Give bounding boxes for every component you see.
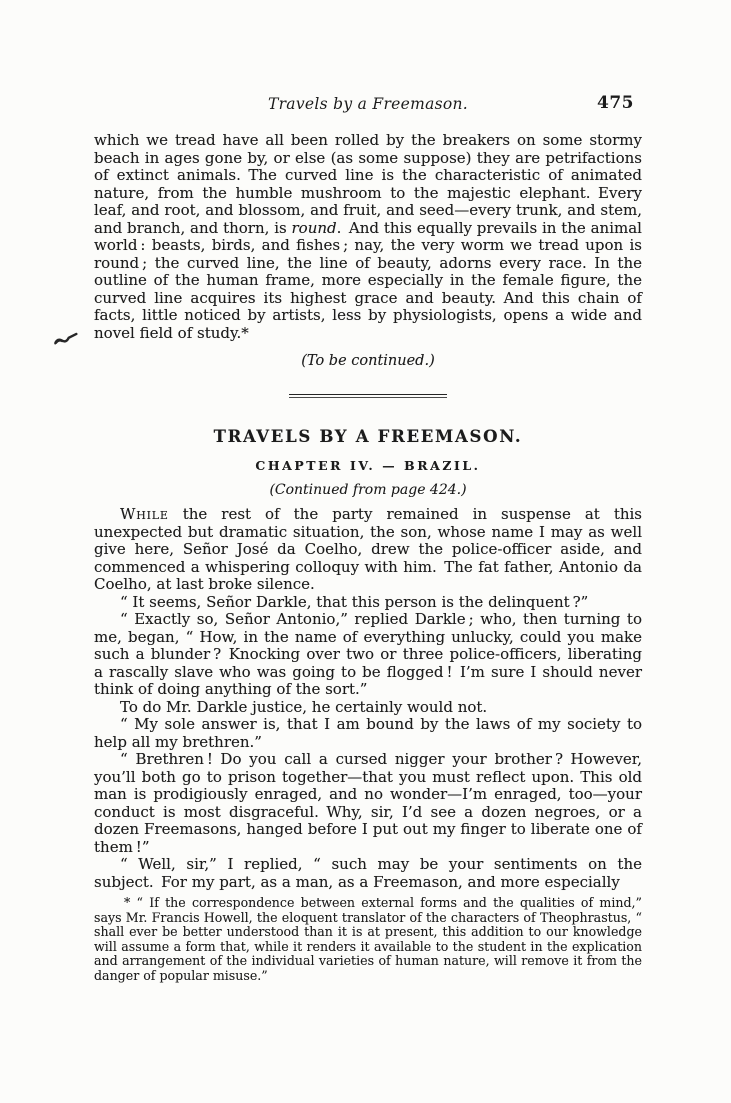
paragraph: “ Exactly so, Señor Antonio,” replied Da… [94,611,642,699]
text-segment: round [292,219,337,237]
running-header: Travels by a Freemason. 475 [94,95,642,114]
text-segment: “ Exactly so, Señor Antonio,” replied Da… [94,610,642,698]
chapter-heading: CHAPTER IV. — BRAZIL. [94,459,642,473]
paragraph: “ My sole answer is, that I am bound by … [94,716,642,751]
text-segment: “ My sole answer is, that I am bound by … [94,715,642,751]
text-segment: the rest of the party remained in suspen… [94,505,642,593]
text-segment: To do Mr. Darkle justice, he certainly w… [120,698,487,716]
paragraph: “ Well, sir,” I replied, “ such may be y… [94,856,642,891]
book-page-scan: Travels by a Freemason. 475 which we tre… [0,0,731,1103]
footnote: * “ If the correspondence between extern… [94,896,642,984]
text-segment: While [120,505,169,523]
running-title: Travels by a Freemason. [94,95,642,113]
article-title: TRAVELS BY A FREEMASON. [94,427,642,447]
text-segment: . And this equally prevails in the anima… [94,219,642,342]
paragraph: “ It seems, Señor Darkle, that this pers… [94,594,642,612]
paragraph: “ Brethren ! Do you call a cursed nigger… [94,751,642,856]
margin-pen-mark-icon [53,330,81,352]
continued-from-note: (Continued from page 424.) [94,482,642,498]
text-segment: “ Well, sir,” I replied, “ such may be y… [94,855,642,891]
paragraph: While the rest of the party remained in … [94,506,642,594]
paragraph: To do Mr. Darkle justice, he certainly w… [94,699,642,717]
article-body: While the rest of the party remained in … [94,506,642,891]
text-segment: “ Brethren ! Do you call a cursed nigger… [94,750,642,856]
text-segment: “ It seems, Señor Darkle, that this pers… [120,593,588,611]
to-be-continued-note: (To be continued.) [94,353,642,370]
section-divider-rule [289,394,447,398]
text-column: Travels by a Freemason. 475 which we tre… [94,95,642,996]
page-number: 475 [597,93,634,113]
continuation-paragraph: which we tread have all been rolled by t… [94,132,642,342]
